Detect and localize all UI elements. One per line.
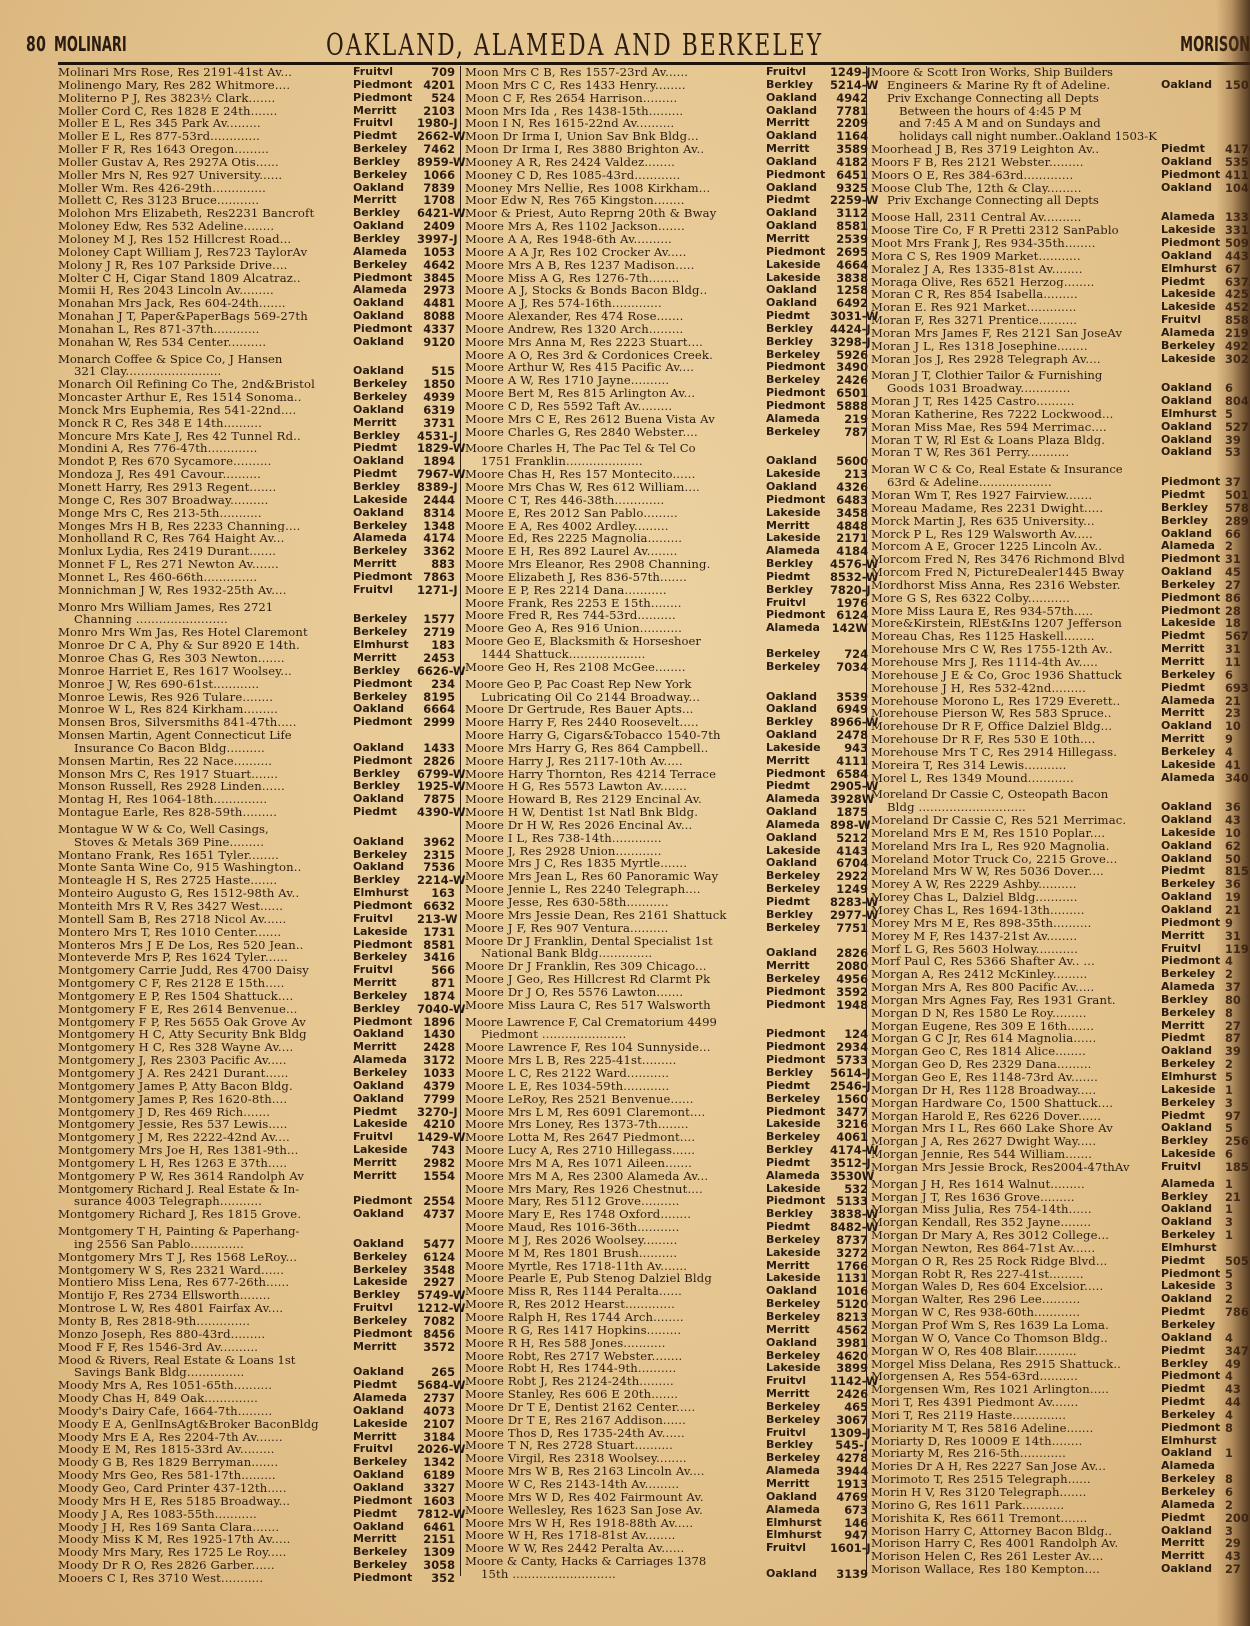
listing-name: Moore Stanley, Res 606 E 20th....... xyxy=(465,1388,762,1401)
listing-exchange: Alameda xyxy=(1157,1178,1225,1191)
directory-listing: Moore J Geo, Res Hillcrest Rd Clarmt PkB… xyxy=(465,973,868,986)
listing-exchange: Lakeside xyxy=(349,1144,417,1157)
listing-name: Morgan Prof Wm S, Res 1639 La Loma. xyxy=(871,1319,1157,1332)
listing-phone-number: 1 xyxy=(1225,1203,1250,1216)
listing-name: Morehouse Mrs C W, Res 1755-12th Av.. xyxy=(871,643,1157,656)
listing-address-continued: 1751 Franklin.................... xyxy=(465,455,762,468)
listing-exchange: Alameda xyxy=(1157,327,1225,340)
listing-exchange: Piedmont xyxy=(1157,169,1225,182)
directory-listing: Mood & Rivers, Real Estate & Loans 1stSa… xyxy=(58,1354,455,1380)
listing-exchange: Elmhurst xyxy=(1157,408,1225,421)
listing-name: Morgan Mrs Jessie Brock, Res2004-47thAv xyxy=(871,1161,1157,1174)
directory-listing: Moon Mrs C B, Res 1557-23rd Av......Frui… xyxy=(465,66,868,79)
listing-name: Morgan A, Res 2412 McKinley......... xyxy=(871,968,1157,981)
listing-name: Moran Mrs James F, Res 2121 San JoseAv xyxy=(871,327,1157,340)
directory-listing: Montgomery James P, Atty Bacon Bldg.Oakl… xyxy=(58,1080,455,1093)
listing-name: Moors O E, Res 384-63rd............. xyxy=(871,169,1157,182)
listing-phone-number: 7082 xyxy=(417,1315,455,1328)
listing-address-continued: Insurance Co Bacon Bldg.......... xyxy=(58,742,349,755)
listing-exchange: Merritt xyxy=(349,417,417,430)
listing-exchange: Berkeley xyxy=(762,1093,830,1106)
listing-phone-number: 1731 xyxy=(417,926,455,939)
listing-phone-number: 8482-W xyxy=(830,1221,868,1234)
listing-phone-number: 119 xyxy=(1225,943,1250,956)
directory-listing: Moot Mrs Frank J, Res 934-35th........Pi… xyxy=(871,237,1250,250)
listing-phone-number: 43 xyxy=(1225,814,1250,827)
listing-exchange: Berkley xyxy=(1157,994,1225,1007)
listing-exchange: Berkeley xyxy=(1157,340,1225,353)
listing-name: Moore T N, Res 2728 Stuart.......... xyxy=(465,1439,762,1452)
listing-name: Moon Mrs C B, Res 1557-23rd Av...... xyxy=(465,66,762,79)
directory-listing: Moore Dr T E, Res 2167 Addison......Berk… xyxy=(465,1414,868,1427)
listing-exchange: Berkeley xyxy=(1157,1409,1225,1422)
listing-phone-number: 1554 xyxy=(417,1170,455,1183)
directory-listing: Moody's Dairy Cafe, 1664-7th.........Oak… xyxy=(58,1405,455,1418)
listing-phone-number: 4326 xyxy=(830,481,868,494)
listing-phone-number: 150 xyxy=(1225,79,1250,92)
listing-exchange: Lakeside xyxy=(1157,827,1225,840)
listing-phone-number: 3067 xyxy=(830,1414,868,1427)
listing-name: Morgan Geo E, Res 1148-73rd Av....... xyxy=(871,1071,1157,1084)
listing-phone-number: 18 xyxy=(1225,617,1250,630)
listing-name: Moore Mrs Chas W, Res 612 William.... xyxy=(465,481,762,494)
listing-exchange: Piedmont xyxy=(349,678,417,691)
directory-listing: Morgan Newton, Res 864-71st Av......Elmh… xyxy=(871,1242,1250,1255)
listing-exchange: Oakland xyxy=(349,1238,417,1251)
directory-listing: Moralez J A, Res 1335-81st Av........Elm… xyxy=(871,263,1250,276)
listing-exchange: Oakland xyxy=(762,832,830,845)
listing-phone-number: 4939 xyxy=(417,391,455,404)
listing-phone-number: 3031-W xyxy=(830,310,868,323)
listing-phone-number: 4390-W xyxy=(417,806,455,819)
listing-exchange: Alameda xyxy=(1157,1499,1225,1512)
listing-name: Moore C T, Res 446-38th............. xyxy=(465,494,762,507)
listing-name: Morehouse Dr R F, Res 530 E 10th.... xyxy=(871,733,1157,746)
listing-phone-number: 28 xyxy=(1225,605,1250,618)
listing-phone-number: 43 xyxy=(1225,1550,1250,1563)
directory-listing: Moore Charles H, The Pac Tel & Tel Co175… xyxy=(465,442,868,468)
listing-name: Moore Mrs W B, Res 2163 Lincoln Av.... xyxy=(465,1465,762,1478)
listing-name: Moore Howard B, Res 2129 Encinal Av. xyxy=(465,793,762,806)
listing-name: Moore J Geo, Res Hillcrest Rd Clarmt Pk xyxy=(465,973,762,986)
directory-listing: Moore Andrew, Res 1320 Arch.........Berk… xyxy=(465,323,868,336)
listing-exchange: Piedmont xyxy=(1157,1422,1225,1435)
listing-name: Monett Harry, Res 2913 Regent....... xyxy=(58,481,349,494)
listing-name: Mondoza J, Res 491 Cavour.......... xyxy=(58,468,349,481)
listing-name: Morin H V, Res 3120 Telegraph....... xyxy=(871,1486,1157,1499)
directory-listing: Moore Harry J, Res 2117-10th Av.....Merr… xyxy=(465,755,868,768)
listing-phone-number: 4174-W xyxy=(830,1144,868,1157)
listing-phone-number: 2977-W xyxy=(830,909,868,922)
directory-listing: Morison Wallace, Res 180 Kempton....Oakl… xyxy=(871,1563,1250,1576)
listing-name: Moore Chas H, Res 157 Montecito...... xyxy=(465,468,762,481)
listing-phone-number: 9 xyxy=(1225,917,1250,930)
listing-phone-number: 1560 xyxy=(830,1093,868,1106)
listing-exchange: Lakeside xyxy=(1157,759,1225,772)
directory-listing: Morehouse J E & Co, Groc 1936 ShattuckBe… xyxy=(871,669,1250,682)
listing-name: Morgensen Wm, Res 1021 Arlington..... xyxy=(871,1383,1157,1396)
listing-phone-number: 2539 xyxy=(830,233,868,246)
listing-name: Moran Miss Mae, Res 594 Merrimac.... xyxy=(871,421,1157,434)
listing-phone-number: 425 xyxy=(1225,288,1250,301)
directory-listing: Moore Robt H, Res 1744-9th..........Lake… xyxy=(465,1362,868,1375)
directory-listing: Morgan Mrs Agnes Fay, Res 1931 Grant.Ber… xyxy=(871,994,1250,1007)
listing-exchange: Berkeley xyxy=(1157,579,1225,592)
listing-exchange: Oakland xyxy=(349,336,417,349)
directory-listing: Moliterno P J, Res 3823½ Clark.......Pie… xyxy=(58,92,455,105)
listing-name: Morison Harry C, Attorney Bacon Bldg.. xyxy=(871,1525,1157,1538)
directory-listing: Morck Martin J, Res 635 University...Ber… xyxy=(871,515,1250,528)
directory-listing: Moore Dr J Franklin, Dental Specialist 1… xyxy=(465,935,868,961)
listing-exchange: Piedmont xyxy=(1157,592,1225,605)
listing-name: Moore Dr J Franklin, Res 309 Chicago... xyxy=(465,960,762,973)
listing-name: Moriarty D, Res 10009 E 14th........ xyxy=(871,1435,1157,1448)
listing-exchange: Berkley xyxy=(1157,502,1225,515)
listing-name: Montag H, Res 1064-18th.............. xyxy=(58,793,349,806)
page-number: 80 xyxy=(26,32,46,56)
listing-exchange: Oakland xyxy=(1157,79,1225,92)
listing-phone-number: 4 xyxy=(1225,746,1250,759)
directory-listing: Moore Mrs M A, Res 2300 Alameda Av...Ala… xyxy=(465,1170,868,1183)
listing-name: Montgomery L H, Res 1263 E 37th..... xyxy=(58,1157,349,1170)
listing-name: Moon Dr Irma I, Union Sav Bnk Bldg... xyxy=(465,130,762,143)
listing-name: Moran J L, Res 1318 Josephine........ xyxy=(871,340,1157,353)
directory-listing: Moran Katherine, Res 7222 Lockwood...Elm… xyxy=(871,408,1250,421)
listing-name: Moller Gustav A, Res 2927A Otis...... xyxy=(58,156,349,169)
listing-name: Montell Sam B, Res 2718 Nicol Av...... xyxy=(58,913,349,926)
directory-listing: Monro Mrs William James, Res 2721Channin… xyxy=(58,601,455,627)
listing-phone-number: 86 xyxy=(1225,592,1250,605)
listing-name: Morgan Walter, Res 296 Lee.......... xyxy=(871,1293,1157,1306)
listing-name: Montgomery J A. Res 2421 Durant...... xyxy=(58,1067,349,1080)
listing-name: Moore Miss R, Res 1144 Peralta...... xyxy=(465,1285,762,1298)
listing-name: Monson Russell, Res 2928 Linden...... xyxy=(58,780,349,793)
listing-exchange: Merritt xyxy=(762,1478,830,1491)
listing-phone-number: 3327 xyxy=(417,1482,455,1495)
directory-listing: Moreland Dr Cassie C, Osteopath BaconBld… xyxy=(871,788,1250,814)
listing-phone-number: 786 xyxy=(1225,1306,1250,1319)
listing-phone-number: 36 xyxy=(1225,801,1250,814)
listing-phone-number: 219 xyxy=(1225,327,1250,340)
listing-phone-number: 8213 xyxy=(830,1311,868,1324)
listing-name: Morgan W O, Res 408 Blair........... xyxy=(871,1345,1157,1358)
listing-name: Morgan Mrs Agnes Fay, Res 1931 Grant. xyxy=(871,994,1157,1007)
listing-name: Morey A W, Res 2229 Ashby.......... xyxy=(871,878,1157,891)
listing-phone-number: 2453 xyxy=(417,652,455,665)
listing-name: Montano Frank, Res 1651 Tyler........ xyxy=(58,849,349,862)
listing-name: Moore LeRoy, Res 2521 Benvenue...... xyxy=(465,1093,762,1106)
listing-name: Moore Dr T E, Res 2167 Addison...... xyxy=(465,1414,762,1427)
listing-name: Moody's Dairy Cafe, 1664-7th......... xyxy=(58,1405,349,1418)
directory-listing: Monck R C, Res 348 E 14th..........Merri… xyxy=(58,417,455,430)
listing-exchange: Fruitvl xyxy=(349,66,417,79)
listing-exchange: Oakland xyxy=(1157,395,1225,408)
listing-name: Moloney Edw, Res 532 Adeline........ xyxy=(58,220,349,233)
directory-listing: Moody Chas H, 849 Oak..............Alame… xyxy=(58,1392,455,1405)
directory-listing: Morgan Prof Wm S, Res 1639 La Loma.Berke… xyxy=(871,1319,1250,1332)
listing-name: Morison Wallace, Res 180 Kempton.... xyxy=(871,1563,1157,1576)
listing-name: Morgan Eugene, Res 309 E 16th....... xyxy=(871,1020,1157,1033)
listing-name: Monteith Mrs R V, Res 3427 West...... xyxy=(58,900,349,913)
listing-phone-number: 4182 xyxy=(830,156,868,169)
listing-name: Moreland Mrs Ira L, Res 920 Magnolia. xyxy=(871,840,1157,853)
listing-exchange: Berkley xyxy=(762,79,830,92)
listing-phone-number: 8959-W xyxy=(417,156,455,169)
listing-name: Morgensen A, Res 554-63rd.......... xyxy=(871,1370,1157,1383)
listing-phone-number: 142W xyxy=(830,622,868,635)
listing-phone-number: 36 xyxy=(1225,878,1250,891)
listing-phone-number: 5 xyxy=(1225,1071,1250,1084)
listing-phone-number: 804 xyxy=(1225,395,1250,408)
directory-listing: Monge C, Res 307 Broadway..........Lakes… xyxy=(58,494,455,507)
directory-listing: Montgomery Richard J. Real Estate & In-s… xyxy=(58,1183,455,1209)
directory-listing: Moore L C, Res 2122 Ward...........Berkl… xyxy=(465,1067,868,1080)
first-entry-guide: MOLINARI xyxy=(54,32,127,56)
directory-listing: Moore Mrs Jessie Dean, Res 2161 Shattuck… xyxy=(465,909,868,922)
listing-name: Moody G B, Res 1829 Berryman....... xyxy=(58,1456,349,1469)
listing-name: Molinari Mrs Rose, Res 2191-41st Av... xyxy=(58,66,349,79)
directory-listing: Mooney C D, Res 1085-43rd............Pie… xyxy=(465,169,868,182)
directory-listing: Monsen Martin, Res 22 Nace..........Pied… xyxy=(58,755,455,768)
directory-listing: Moore Mrs Anna M, Res 2223 Stuart....Ber… xyxy=(465,336,868,349)
listing-name: Moore Mary, Res 5112 Grove.......... xyxy=(465,1195,762,1208)
listing-phone-number: 352 xyxy=(417,1572,455,1585)
listing-phone-number: 37 xyxy=(1225,476,1250,489)
listing-name: Moore Geo H, Res 2108 McGee........ xyxy=(465,661,762,674)
listing-name: Moore Mrs M A, Res 1071 Aileen....... xyxy=(465,1157,762,1170)
listing-name: Montgomery T H, Painting & Paperhang- xyxy=(58,1225,455,1238)
directory-listing: Monroe Chas G, Res 303 Newton.......Merr… xyxy=(58,652,455,665)
listing-phone-number: 340 xyxy=(1225,772,1250,785)
listing-exchange: Lakeside xyxy=(1157,1084,1225,1097)
listing-name: Moon Dr Irma I, Res 3880 Brighton Av.. xyxy=(465,143,762,156)
listing-name: Moran T W, Rl Est & Loans Plaza Bldg. xyxy=(871,434,1157,447)
listing-exchange: Berkeley xyxy=(349,990,417,1003)
listing-name: Moller Cord C, Res 1828 E 24th....... xyxy=(58,105,349,118)
directory-listing: Moore Geo E, Blacksmith & Horseshoer1444… xyxy=(465,635,868,661)
listing-phone-number: 6626-W xyxy=(417,665,455,678)
listing-phone-number: 501 xyxy=(1225,489,1250,502)
listing-phone-number: 6319 xyxy=(417,404,455,417)
listing-phone-number: 7863 xyxy=(417,571,455,584)
listing-name: Moore Virgil, Res 2318 Woolsey........ xyxy=(465,1452,762,1465)
listing-phone-number: 8532-W xyxy=(830,571,868,584)
listing-exchange: Oakland xyxy=(1157,182,1225,195)
page-header: 80 MOLINARI OAKLAND, ALAMEDA AND BERKELE… xyxy=(26,30,1250,60)
listing-exchange: Fruitvl xyxy=(349,584,417,597)
listing-name: Moore Mrs Jessie Dean, Res 2161 Shattuck xyxy=(465,909,762,922)
directory-listing: Mora C S, Res 1909 Market...........Oakl… xyxy=(871,250,1250,263)
directory-listing: Moody Dr R O, Res 2826 Garber......Berke… xyxy=(58,1559,455,1572)
listing-phone-number: 3058 xyxy=(417,1559,455,1572)
directory-listing: Morgan Dr Mary A, Res 3012 College...Ber… xyxy=(871,1229,1250,1242)
directory-listing: Moore & Scott Iron Works, Ship BuildersE… xyxy=(871,66,1250,92)
listing-name: Moore Dr Gertrude, Res Bauer Apts... xyxy=(465,703,762,716)
listing-exchange: Elmhurst xyxy=(1157,263,1225,276)
listing-name: Monck Mrs Euphemia, Res 541-22nd.... xyxy=(58,404,349,417)
listing-exchange: Merritt xyxy=(349,558,417,571)
directory-listing: Molinengo Mary, Res 282 Whitmore....Pied… xyxy=(58,79,455,92)
listing-name: Moran C R, Res 854 Isabella......... xyxy=(871,288,1157,301)
directory-listing: Monroe J W, Res 690-61st............Pied… xyxy=(58,678,455,691)
listing-exchange: Piedmont xyxy=(762,999,830,1012)
listing-phone-number: 4111 xyxy=(830,755,868,768)
listing-name: Montiero Miss Lena, Res 677-26th...... xyxy=(58,1276,349,1289)
directory-listing: Moller Cord C, Res 1828 E 24th.......Mer… xyxy=(58,105,455,118)
listing-name: Monge Mrs C, Res 213-5th........... xyxy=(58,507,349,520)
listing-exchange: Fruitvl xyxy=(349,913,417,926)
listing-name: Montero Mrs T, Res 1010 Center....... xyxy=(58,926,349,939)
listing-name: Moore E P, Res 2214 Dana........... xyxy=(465,584,762,597)
listing-exchange: Berkeley xyxy=(1157,1097,1225,1110)
listing-phone-number: 2444 xyxy=(417,494,455,507)
listing-phone-number: 2999 xyxy=(417,716,455,729)
listing-exchange: Fruitvl xyxy=(762,66,830,79)
listing-name: Morimoto T, Res 2515 Telegraph...... xyxy=(871,1473,1157,1486)
listing-name: Mondot P, Res 670 Sycamore.......... xyxy=(58,455,349,468)
directory-listing: Moore Stanley, Res 606 E 20th.......Merr… xyxy=(465,1388,868,1401)
listing-exchange: Lakeside xyxy=(762,742,830,755)
directory-listing: Montgomery James P, Res 1620-8th....Oakl… xyxy=(58,1093,455,1106)
listing-phone-number: 509 xyxy=(1225,237,1250,250)
listing-exchange: Oakland xyxy=(349,1093,417,1106)
listing-name: Moore Mrs A, Res 1102 Jackson....... xyxy=(465,220,762,233)
listing-exchange: Piedmont xyxy=(762,400,830,413)
listing-name: Morgan Harold E, Res 6226 Dover...... xyxy=(871,1110,1157,1123)
directory-listing: Monarch Coffee & Spice Co, J Hansen321 C… xyxy=(58,353,455,379)
listing-name: Morgan J T, Res 1636 Grove......... xyxy=(871,1191,1157,1204)
listing-name: Moore Elizabeth J, Res 836-57th....... xyxy=(465,571,762,584)
directory-listing: Moore A A Jr, Res 102 Crocker Av.....Pie… xyxy=(465,246,868,259)
listing-name: Monahan Mrs Jack, Res 604-24th....... xyxy=(58,297,349,310)
listing-name: Morcom Fred N, PictureDealer1445 Bway xyxy=(871,566,1157,579)
listing-name: Moore Maud, Res 1016-36th........... xyxy=(465,1221,762,1234)
listing-address-continued: National Bank Bldg.............. xyxy=(465,947,762,960)
listing-name: Montijo F, Res 2734 Ellsworth........ xyxy=(58,1289,349,1302)
listing-address-continued: ing 2556 San Pablo.............. xyxy=(58,1238,349,1251)
listing-name: Moore Ralph H, Res 1744 Arch........ xyxy=(465,1311,762,1324)
directory-listing: Morishita K, Res 6611 Tremont.......Pied… xyxy=(871,1512,1250,1525)
listing-phone-number: 1 xyxy=(1225,1084,1250,1097)
directory-listing: Molony J R, Res 107 Parkside Drive....Be… xyxy=(58,259,455,272)
listing-phone-number: 27 xyxy=(1225,579,1250,592)
listing-name: Molter C H, Cigar Stand 1809 Alcatraz.. xyxy=(58,272,349,285)
listing-name: Moller E L, Res 877-53rd............. xyxy=(58,130,349,143)
directory-listing: Moore M M, Res 1801 Brush..........Lakes… xyxy=(465,1247,868,1260)
listing-name: Moliterno P J, Res 3823½ Clark....... xyxy=(58,92,349,105)
listing-exchange: Piedmt xyxy=(1157,682,1225,695)
listing-phone-number: 567 xyxy=(1225,630,1250,643)
listing-name: Monnet L, Res 460-66th.............. xyxy=(58,571,349,584)
directory-listing: Monnet L, Res 460-66th..............Pied… xyxy=(58,571,455,584)
listing-name: Moller F R, Res 1643 Oregon......... xyxy=(58,143,349,156)
listing-name: Mori T, Res 4391 Piedmont Av....... xyxy=(871,1396,1157,1409)
listing-name: Moore Fred R, Res 744-53rd.......... xyxy=(465,609,762,622)
listing-name: Morck P L, Res 129 Walsworth Av..... xyxy=(871,528,1157,541)
directory-listing: Moran W C & Co, Real Estate & Insurance6… xyxy=(871,463,1250,489)
directory-listing: Mooers C I, Res 3710 West...........Pied… xyxy=(58,1572,455,1585)
listing-exchange: Piedmont xyxy=(349,1495,417,1508)
listing-exchange: Alameda xyxy=(762,413,830,426)
listing-name: Morgan Newton, Res 864-71st Av...... xyxy=(871,1242,1157,1255)
listing-address-continued: Channing ........................ xyxy=(58,613,349,626)
listing-name: Moore A O, Res 3rd & Cordonices Creek. xyxy=(465,349,762,362)
directory-listing: Moore Lawrence F, Cal Crematorium 4499Pi… xyxy=(465,1016,868,1042)
listing-name: Morey M F, Res 1437-21st Av........ xyxy=(871,930,1157,943)
listing-phone-number: 2107 xyxy=(417,1418,455,1431)
listing-phone-number: 31 xyxy=(1225,553,1250,566)
listing-name: Moore R, Res 2012 Hearst............. xyxy=(465,1298,762,1311)
listing-name: Moreland Dr Cassie C, Res 521 Merrimac. xyxy=(871,814,1157,827)
listing-name: Mordhorst Miss Anna, Res 2316 Webster. xyxy=(871,579,1157,592)
listing-exchange: Oakland xyxy=(349,1405,417,1418)
listing-name: Morgan Dr H, Res 1128 Broadway..... xyxy=(871,1084,1157,1097)
listing-name: Moore Mrs J C, Res 1835 Myrtle....... xyxy=(465,857,762,870)
directory-listing: Montgomery C F, Res 2128 E 15th.....Merr… xyxy=(58,977,455,990)
listing-phone-number: 4942 xyxy=(830,92,868,105)
listing-phone-number: 50 xyxy=(1225,853,1250,866)
listing-name: Morgan Mrs I L, Res 660 Lake Shore Av xyxy=(871,1122,1157,1135)
listing-name: Morgan Geo C, Res 1814 Alice........ xyxy=(871,1045,1157,1058)
listing-phone-number: 8389-J xyxy=(417,481,455,494)
listing-exchange: Oakland xyxy=(762,156,830,169)
listing-phone-number: 3 xyxy=(1225,1525,1250,1538)
listing-name: Moose Tire Co, F R Pretti 2312 SanPablo xyxy=(871,224,1157,237)
listing-name: Moore Lawrence F, Res 104 Sunnyside... xyxy=(465,1041,762,1054)
listing-name: Moncure Mrs Kate J, Res 42 Tunnel Rd.. xyxy=(58,430,349,443)
listing-name: Monahan J T, Paper&PaperBags 569-27th xyxy=(58,310,349,323)
directory-listing: Mori T, Res 4391 Piedmont Av.......Piedm… xyxy=(871,1396,1250,1409)
listing-exchange: Alameda xyxy=(349,1392,417,1405)
listing-phone-number: 19 xyxy=(1225,891,1250,904)
listing-name: Monteverde Mrs P, Res 1624 Tyler...... xyxy=(58,951,349,964)
listing-exchange: Lakeside xyxy=(349,494,417,507)
listing-name: Moran E. Res 921 Market............. xyxy=(871,301,1157,314)
listing-phone-number: 7462 xyxy=(417,143,455,156)
directory-listing: Morcom Fred N, PictureDealer1445 BwayOak… xyxy=(871,566,1250,579)
listing-exchange: Berkeley xyxy=(349,259,417,272)
directory-column-2: Moon Mrs C B, Res 1557-23rd Av......Frui… xyxy=(460,66,868,1576)
listing-name: Moore Mrs W D, Res 402 Fairmount Av. xyxy=(465,1491,762,1504)
listing-name: Moore Mrs C E, Res 2612 Buena Vista Av xyxy=(465,413,762,426)
listing-phone-number: 3981 xyxy=(830,1337,868,1350)
listing-phone-number: 2 xyxy=(1225,1058,1250,1071)
listing-name: Mories Dr A H, Res 2227 San Jose Av... xyxy=(871,1460,1157,1473)
listing-name: Moore E, Res 2012 San Pablo......... xyxy=(465,507,762,520)
listing-name: Moody Geo, Card Printer 437-12th..... xyxy=(58,1482,349,1495)
listing-name: Moore Mrs L M, Res 6091 Claremont.... xyxy=(465,1106,762,1119)
listing-name: Moore & Canty, Hacks & Carriages 1378 xyxy=(465,1555,868,1568)
directory-listing: Moore Charles G, Res 2840 Webster....Ber… xyxy=(465,426,868,439)
directory-listing: Moore C D, Res 5592 Taft Av.........Pied… xyxy=(465,400,868,413)
listing-name: Moor & Priest, Auto Reprng 20th & Bway xyxy=(465,207,762,220)
listing-phone-number: 27 xyxy=(1225,1563,1250,1576)
listing-exchange: Oakland xyxy=(349,1080,417,1093)
listing-name: Montrose L W, Res 4801 Fairfax Av.... xyxy=(58,1302,349,1315)
listing-phone-number: 2546-J xyxy=(830,1080,868,1093)
directory-listing: Moran F, Res 3271 Prentice..........Frui… xyxy=(871,314,1250,327)
listing-phone-number: 3530W xyxy=(830,1170,868,1183)
directory-listing: Moore W H, Res 1718-81st Av........Elmhu… xyxy=(465,1529,868,1542)
directory-listing: Moon Mrs C C, Res 1433 Henry........Berk… xyxy=(465,79,868,92)
listing-name: Moor Edw N, Res 765 Kingston........ xyxy=(465,194,762,207)
listing-exchange: Berkley xyxy=(762,558,830,571)
listing-phone-number: 4 xyxy=(1225,1409,1250,1422)
listing-name: Moore Robt H, Res 1744-9th.......... xyxy=(465,1362,762,1375)
listing-phone-number: 3458 xyxy=(830,507,868,520)
listing-name: Moran F, Res 3271 Prentice.......... xyxy=(871,314,1157,327)
listing-phone-number: 3572 xyxy=(417,1341,455,1354)
